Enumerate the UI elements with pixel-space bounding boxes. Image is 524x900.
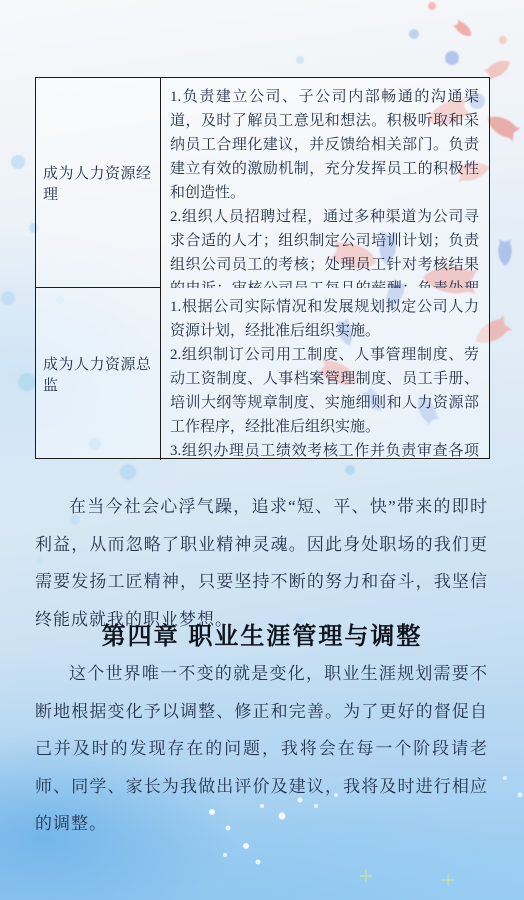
duty-item: 2.组织制订公司用工制度、人事管理制度、劳动工资制度、人事档案管理制度、员工手册… <box>170 343 479 439</box>
duty-item: 2.组织人员招聘过程，通过多种渠道为公司寻求合适的人才；组织制定公司培训计划；负… <box>170 205 479 288</box>
duty-item: 1.负责建立公司、子公司内部畅通的沟通渠道，及时了解员工意见和想法。积极听取和采… <box>170 85 479 205</box>
duty-item: 1.根据公司实际情况和发展规划拟定公司人力资源计划，经批准后组织实施。 <box>170 295 479 343</box>
table-row-label-hr-director: 成为人力资源总监 <box>36 288 161 460</box>
document-page: 成为人力资源经理 1.负责建立公司、子公司内部畅通的沟通渠道，及时了解员工意见和… <box>0 0 524 900</box>
career-goals-table: 成为人力资源经理 1.负责建立公司、子公司内部畅通的沟通渠道，及时了解员工意见和… <box>35 77 490 459</box>
row-label-text: 成为人力资源经理 <box>43 162 160 204</box>
closing-paragraph: 这个世界唯一不变的就是变化，职业生涯规划需要不断地根据变化予以调整、修正和完善。… <box>35 655 488 843</box>
table-cell-hr-manager-duties: 1.负责建立公司、子公司内部畅通的沟通渠道，及时了解员工意见和想法。积极听取和采… <box>161 78 489 288</box>
duty-item: 3.组织办理员工绩效考核工作并负责审查各项考核、培训结果。 <box>170 439 479 460</box>
table-cell-hr-director-duties: 1.根据公司实际情况和发展规划拟定公司人力资源计划，经批准后组织实施。 2.组织… <box>161 288 489 460</box>
chapter-heading: 第四章 职业生涯管理与调整 <box>0 616 524 651</box>
table-row-label-hr-manager: 成为人力资源经理 <box>36 78 161 288</box>
row-label-text: 成为人力资源总监 <box>43 353 160 395</box>
sparkle-icon <box>360 870 454 886</box>
